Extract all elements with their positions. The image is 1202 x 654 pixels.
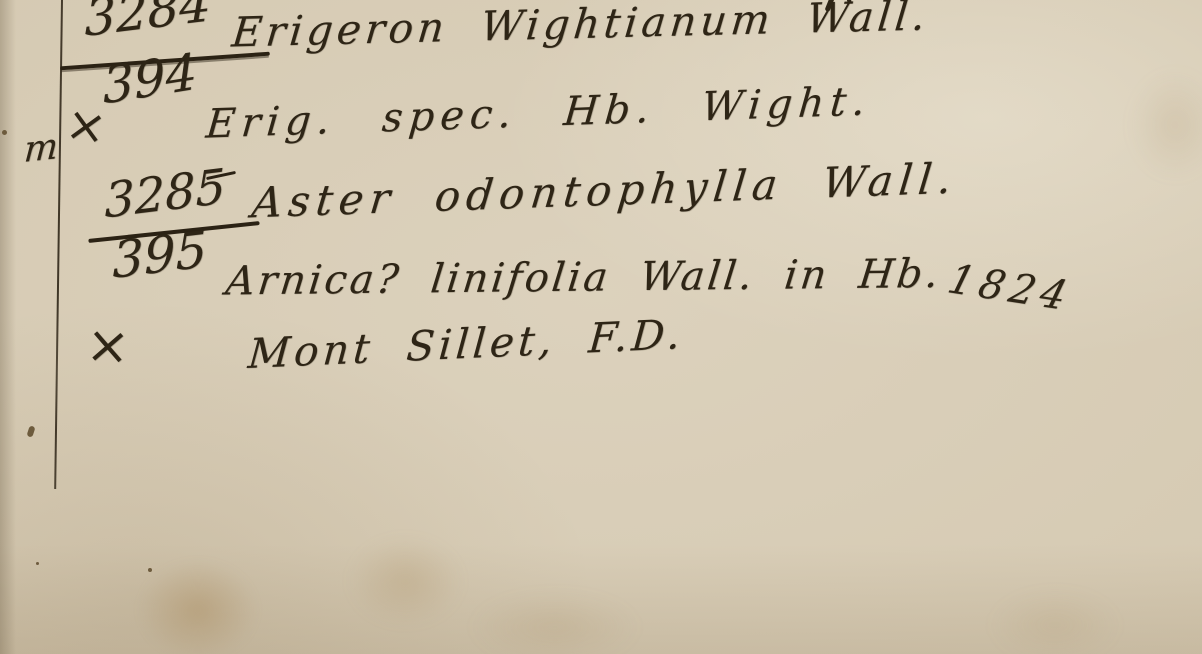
entry2-cross-mark: × — [84, 315, 132, 378]
entry1-cross-mark: × — [62, 95, 110, 157]
ink-speck — [2, 130, 7, 135]
margin-squiggle: m — [23, 126, 60, 171]
foxing-stain — [348, 536, 463, 626]
foxing-stain — [1130, 70, 1202, 180]
foxing-stain — [990, 590, 1120, 654]
entry2-synonym-text: Arnica? linifolia Wall. in Hb. — [223, 251, 943, 305]
entry1-annotation-line: Erig. spec. Hb. Wight. — [204, 78, 873, 147]
entry2-catalog-number: 3285 — [104, 158, 226, 229]
entry1-species-line: Erigeron Wightianum Wall. — [230, 0, 932, 57]
entry2-collection-number: 395 — [112, 220, 208, 290]
entry2-species-line: Aster odontophylla Wall. — [250, 154, 960, 228]
entry2-year: 1824 — [943, 256, 1077, 320]
ink-speck — [148, 568, 152, 572]
manuscript-page: m 3284 394 × Erigeron Wightianum Wall. E… — [0, 0, 1202, 654]
entry1-catalog-number: 3284 — [84, 0, 211, 48]
entry2-locality-line: Mont Sillet, F.D. — [246, 310, 686, 378]
ink-speck — [26, 425, 35, 437]
entry2-synonym-line: Arnica? linifolia Wall. in Hb.1824 — [223, 250, 1077, 305]
foxing-stain — [138, 560, 258, 654]
margin-ruled-line — [54, 0, 63, 489]
ink-speck — [36, 562, 39, 565]
entry1-collection-number: 394 — [101, 42, 198, 115]
foxing-stain — [470, 592, 640, 654]
